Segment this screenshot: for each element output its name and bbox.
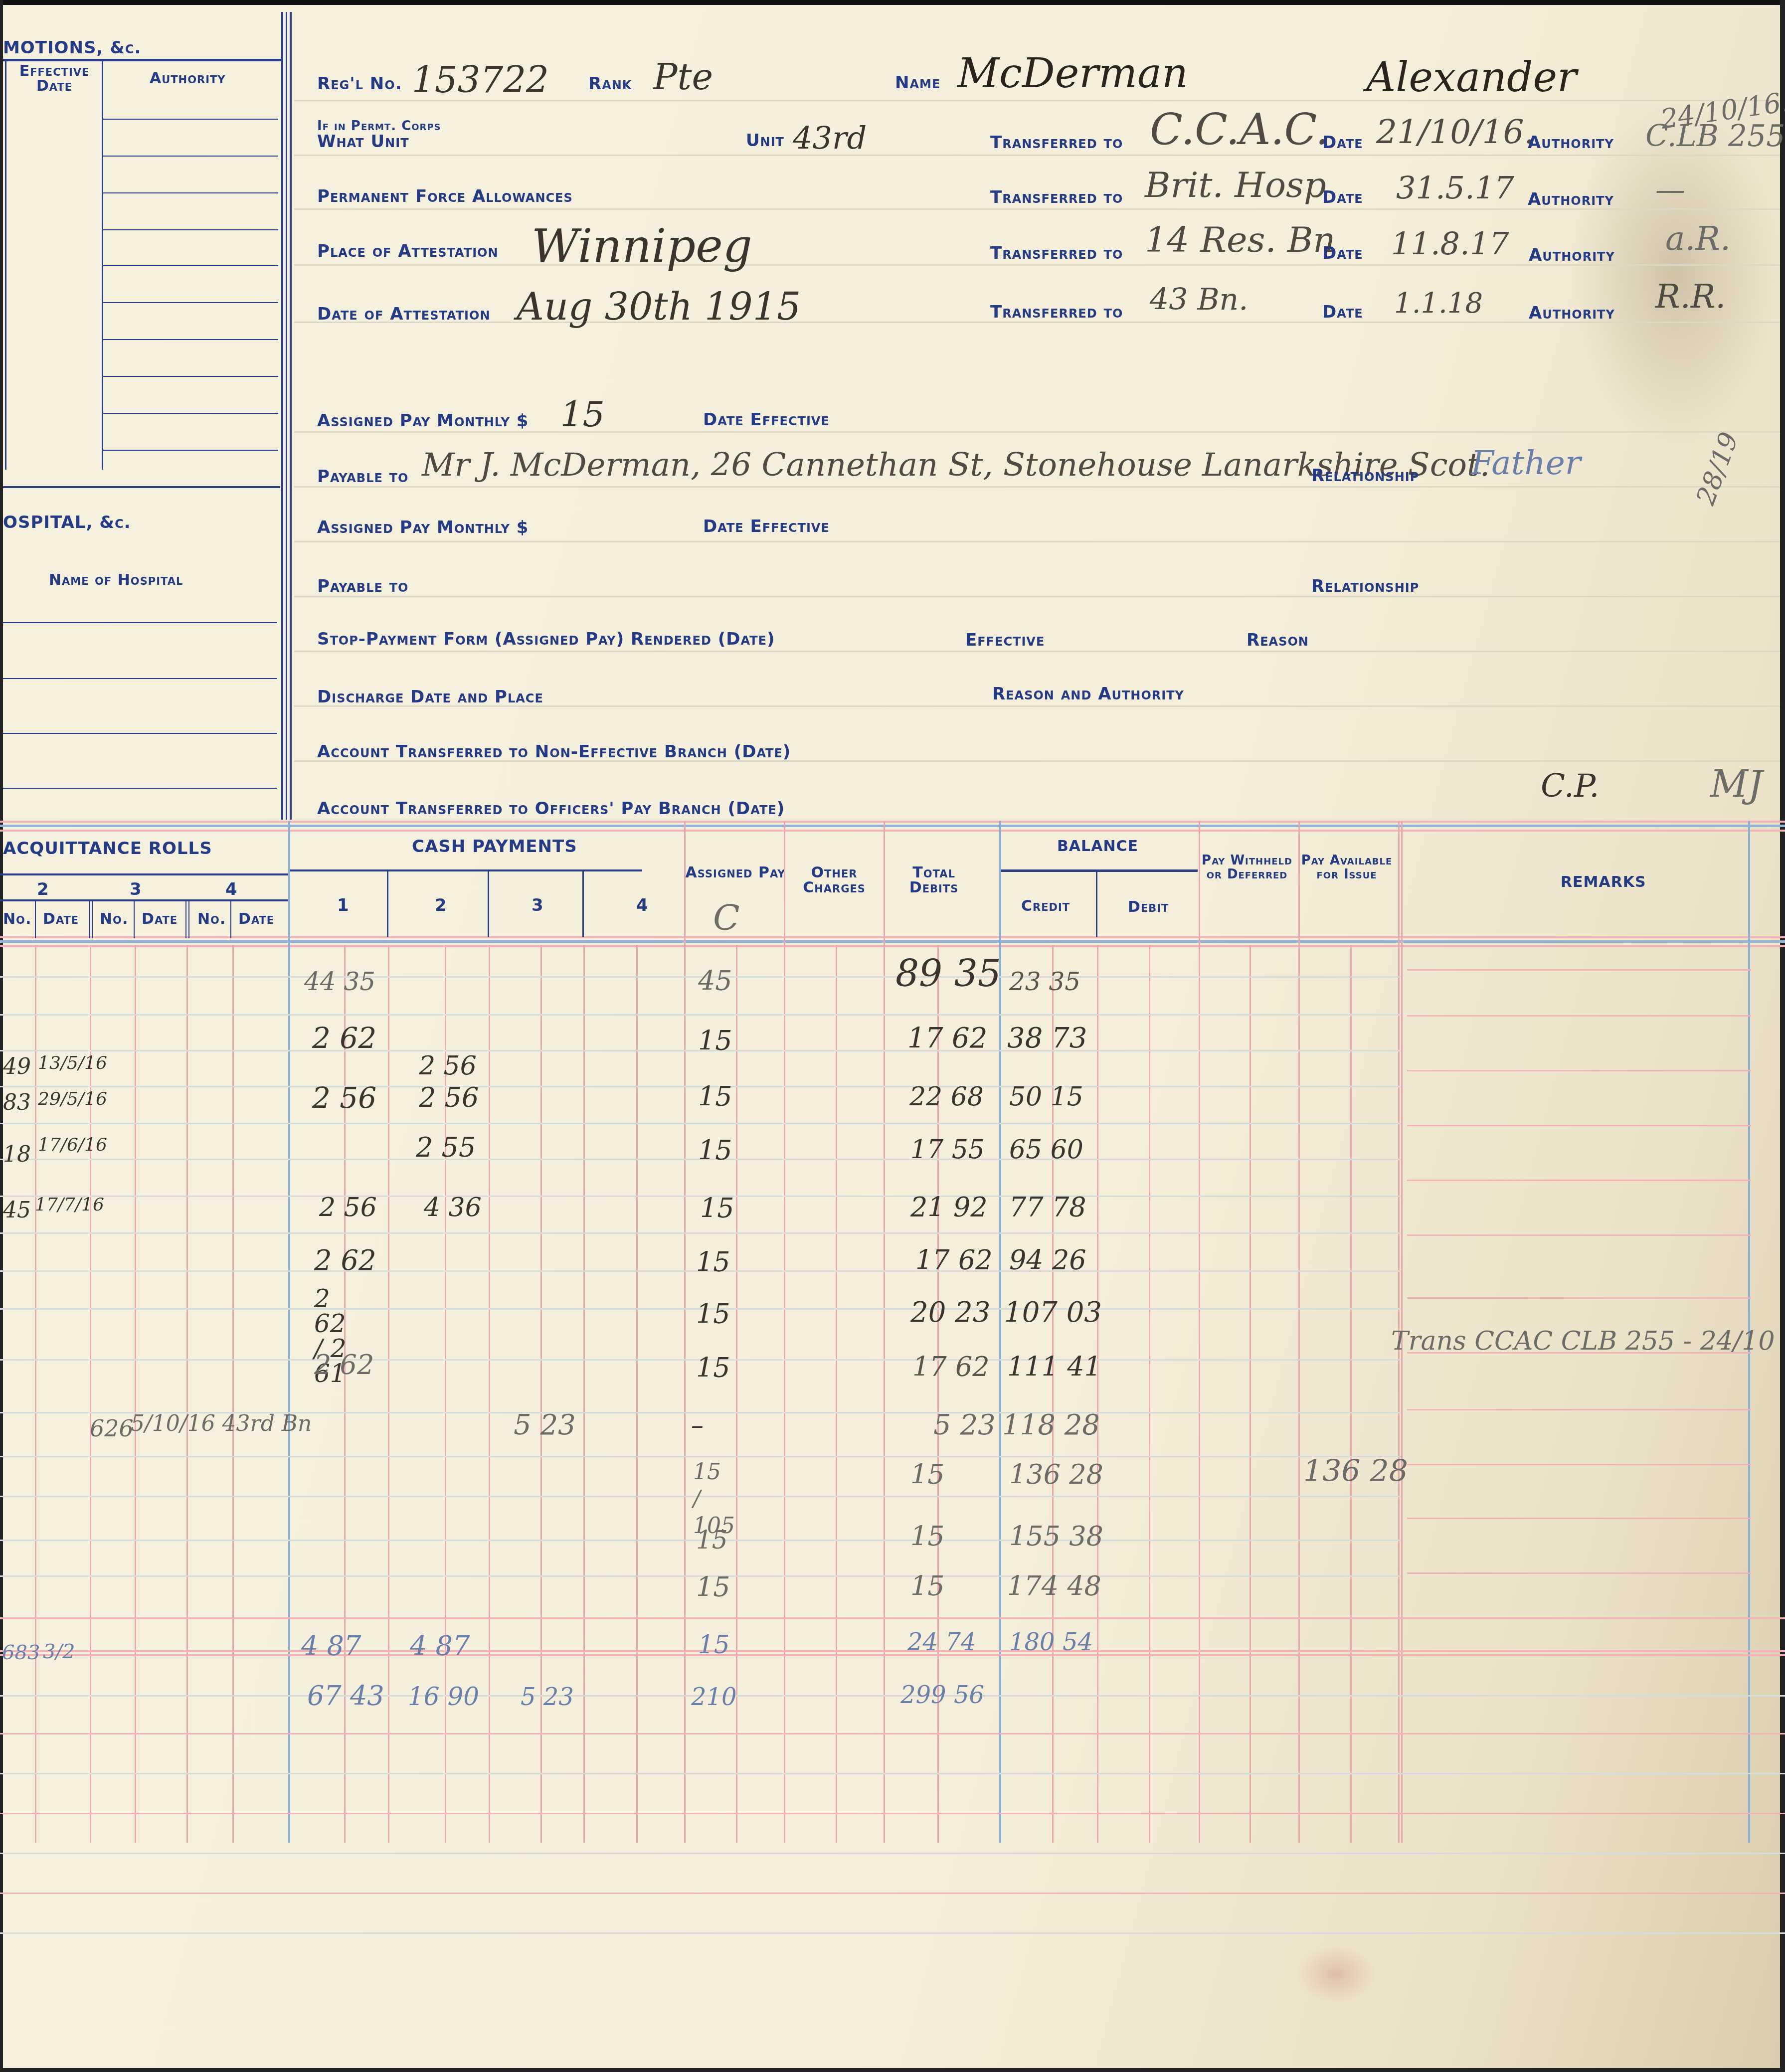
initials-mark: MJ <box>1710 763 1763 806</box>
rule <box>103 302 278 303</box>
rule <box>103 413 278 414</box>
acq-date-cell: 13/5/16 <box>38 1053 107 1073</box>
rule <box>3 678 277 679</box>
assigned-pay-monthly-label-2: Assigned Pay Monthly $ <box>317 518 529 537</box>
cash-2-cell: 2 55 <box>416 1132 476 1163</box>
transfer-date-value: 31.5.17 <box>1396 170 1514 206</box>
row-rule <box>0 1932 1785 1934</box>
total-cell: 17 62 <box>907 1022 987 1054</box>
divider <box>3 59 282 61</box>
permanent-force-label: Permanent Force Allowances <box>317 186 573 206</box>
assigned-cell: 15 <box>698 1135 732 1166</box>
divider <box>89 900 90 938</box>
surname-value: McDerman <box>957 50 1188 97</box>
cash-1-cell: 2 56 <box>312 1081 376 1115</box>
rule <box>3 733 277 734</box>
rule <box>294 596 1780 597</box>
divider <box>1000 869 1198 872</box>
acquittance-rolls-title: ACQUITTANCE ROLLS <box>3 839 212 859</box>
rule <box>294 431 1780 433</box>
initials-mark: C.P. <box>1541 768 1599 805</box>
row-rule <box>0 1853 1785 1854</box>
cash-1-cell: 2 62 <box>312 1021 376 1055</box>
column-rule <box>684 821 686 1843</box>
transferred-to-value: 14 Res. Bn <box>1145 219 1335 260</box>
cash-1-cell: 2 56 <box>319 1193 377 1222</box>
date-attestation-label: Date of Attestation <box>317 304 490 324</box>
ledger-rule <box>0 830 1785 832</box>
total-rule <box>0 1650 1785 1652</box>
column-rule <box>35 945 36 1843</box>
acq-date-header: Date <box>238 910 274 928</box>
acq-date-header: Date <box>142 910 178 928</box>
transfer-authority-label: Authority <box>1528 189 1614 209</box>
acq-no-cell: 626 <box>90 1415 134 1442</box>
credit-cell: 94 26 <box>1009 1244 1086 1276</box>
scan-border-bottom <box>0 2068 1785 2072</box>
relationship-value: Father <box>1471 444 1581 482</box>
assigned-cell: 15 <box>698 1630 730 1659</box>
acq-no-cell: 683 <box>2 1641 40 1664</box>
total-cell: 15 <box>910 1521 945 1552</box>
remarks-rule <box>1407 1234 1751 1236</box>
place-attestation-label: Place of Attestation <box>317 241 499 261</box>
column-rule <box>1097 945 1098 1843</box>
acquittance-group-4: 4 <box>225 879 238 899</box>
cash-col-2: 2 <box>435 895 447 915</box>
date-effective-label-2: Date Effective <box>703 517 830 536</box>
regl-no-value: 153722 <box>412 59 549 101</box>
divider <box>230 900 231 938</box>
transfer-authority-value: R.R. <box>1655 277 1726 316</box>
ledger-rule <box>0 825 1785 827</box>
cash-2-cell: 4 87 <box>410 1630 470 1662</box>
pay-available-cell: 136 28 <box>1303 1454 1408 1489</box>
assigned-cell: 15 <box>696 1298 730 1330</box>
rule <box>3 788 277 789</box>
pay-ledger-sheet: MOTIONS, &c. Effective Date Authority OS… <box>0 0 1785 2072</box>
divider <box>0 873 289 875</box>
total-cash-1: 67 43 <box>307 1680 384 1712</box>
paper-stain <box>1296 1944 1376 2004</box>
row-rule <box>0 1773 1785 1774</box>
name-label: Name <box>895 73 940 93</box>
total-rule <box>0 1617 1785 1619</box>
remarks-rule <box>1407 1070 1751 1071</box>
column-rule <box>1052 945 1054 1843</box>
place-attestation-value: Winnipeg <box>532 219 752 273</box>
credit-header: Credit <box>1021 897 1070 915</box>
acq-date-cell: 5/10/16 43rd Bn <box>131 1411 312 1436</box>
row-rule <box>0 1123 1401 1124</box>
cash-2-cell: 2 56 <box>419 1082 479 1113</box>
remarks-rule <box>1407 969 1751 971</box>
remarks-rule <box>1407 1125 1751 1126</box>
transfer-authority-value: C.LB 255 <box>1645 119 1785 154</box>
credit-cell: 118 28 <box>1002 1409 1100 1441</box>
acq-no-cell: 83 <box>3 1090 31 1115</box>
acq-date-cell: 3/2 <box>43 1640 75 1663</box>
promotions-section-title: MOTIONS, &c. <box>3 38 141 58</box>
cash-1-cell: 2 62 <box>314 1244 376 1277</box>
scan-border-left <box>0 0 3 2072</box>
row-rule <box>0 1232 1401 1234</box>
acq-date-header: Date <box>43 910 79 928</box>
date-effective-label: Date Effective <box>703 410 830 430</box>
divider <box>387 871 388 937</box>
divider <box>488 871 489 937</box>
cash-payments-title: CASH PAYMENTS <box>412 837 577 857</box>
total-cell: 15 <box>910 1570 945 1602</box>
column-rule <box>1149 945 1150 1843</box>
remarks-cell: Trans CCAC CLB 255 - 24/10 <box>1391 1326 1775 1356</box>
rule <box>103 229 278 230</box>
cash-3-cell: 5 23 <box>514 1409 576 1441</box>
divider <box>1096 871 1097 937</box>
column-rule <box>135 945 136 1843</box>
remarks-rule <box>1407 1409 1751 1410</box>
transferred-to-label: Transferred to <box>990 187 1123 207</box>
row-rule <box>0 1695 1785 1697</box>
column-rule <box>636 945 638 1843</box>
row-rule <box>0 1014 1401 1016</box>
column-rule <box>1249 945 1251 1843</box>
ledger-rule <box>0 821 1785 823</box>
acq-no-header: No. <box>100 910 128 928</box>
assigned-pay-mark: C <box>713 897 740 938</box>
ledger-rule <box>0 940 1785 943</box>
transfer-authority-value: — <box>1655 173 1685 207</box>
assigned-cell: 45 <box>698 965 732 997</box>
rule <box>103 156 278 157</box>
row-rule <box>0 1733 1785 1734</box>
rule <box>294 541 1780 542</box>
column-rule <box>90 945 91 1843</box>
assigned-cell: 15 <box>698 1081 732 1112</box>
total-cell: 15 <box>910 1459 945 1490</box>
assigned-pay-monthly-value: 15 <box>560 394 605 435</box>
credit-cell: 174 48 <box>1007 1570 1101 1602</box>
total-cell: 17 62 <box>912 1351 990 1382</box>
rule <box>294 486 1780 488</box>
cash-1-cell: 44 35 <box>304 967 375 996</box>
assigned-cell: – <box>691 1411 704 1440</box>
cash-col-3: 3 <box>532 895 544 915</box>
divider <box>3 486 280 488</box>
reason-label: Reason <box>1247 630 1309 650</box>
cash-2-cell: 2 56 <box>419 1051 477 1081</box>
total-cell: 17 62 <box>915 1244 993 1276</box>
cash-col-4: 4 <box>636 895 649 915</box>
regl-no-label: Reg'l No. <box>317 74 402 94</box>
column-rule <box>1199 821 1200 1843</box>
divider <box>5 61 6 470</box>
credit-cell: 23 35 <box>1009 967 1080 996</box>
ledger-rule <box>0 945 1785 947</box>
acquittance-group-3: 3 <box>130 879 142 899</box>
divider <box>0 899 289 901</box>
acq-no-cell: 18 <box>3 1142 31 1167</box>
total-cell: 21 92 <box>910 1192 988 1223</box>
credit-cell: 77 78 <box>1009 1192 1086 1223</box>
cash-1-cell: 4 87 <box>301 1630 361 1662</box>
column-rule <box>489 945 490 1843</box>
credit-cell: 180 54 <box>1009 1628 1093 1656</box>
divider <box>35 900 36 938</box>
balance-header: BALANCE <box>1057 838 1138 855</box>
assigned-cell: 15 <box>696 1526 728 1554</box>
acq-no-header: No. <box>3 910 31 928</box>
transfer-date-label: Date <box>1322 133 1363 153</box>
rank-value: Pte <box>653 56 713 98</box>
officers-pay-branch-label: Account Transferred to Officers' Pay Bra… <box>317 799 785 819</box>
authority-header: Authority <box>150 70 226 87</box>
credit-cell: 136 28 <box>1009 1459 1103 1490</box>
non-effective-branch-label: Account Transferred to Non-Effective Bra… <box>317 742 791 762</box>
acq-no-header: No. <box>197 910 226 928</box>
row-rule <box>0 1456 1401 1457</box>
column-rule <box>784 821 785 1843</box>
assigned-cell: 15 <box>696 1571 730 1603</box>
other-charges-header: Other Charges <box>787 865 882 895</box>
panel-divider <box>290 12 292 820</box>
transfer-date-label: Date <box>1322 302 1363 322</box>
total-cell: 22 68 <box>909 1082 984 1112</box>
relationship-label-2: Relationship <box>1311 576 1419 596</box>
column-rule <box>388 945 389 1843</box>
remarks-rule <box>1407 1180 1751 1181</box>
transfer-authority-value: a.R. <box>1665 219 1731 258</box>
hospital-section-title: OSPITAL, &c. <box>3 513 131 532</box>
remarks-rule <box>1407 1297 1751 1299</box>
acq-date-cell: 29/5/16 <box>38 1089 107 1109</box>
scan-border-top <box>0 0 1785 5</box>
column-rule <box>836 945 837 1843</box>
credit-cell: 107 03 <box>1004 1296 1102 1329</box>
divider <box>188 900 189 938</box>
transfer-authority-label: Authority <box>1529 303 1615 323</box>
rule <box>103 339 278 340</box>
assigned-cell: 15 <box>696 1352 730 1383</box>
acq-date-cell: 17/6/16 <box>38 1135 107 1155</box>
discharge-label: Discharge Date and Place <box>317 687 543 707</box>
date-attestation-value: Aug 30th 1915 <box>517 284 801 329</box>
rule <box>3 622 277 623</box>
row-rule <box>0 1893 1785 1894</box>
payable-to-label: Payable to <box>317 467 408 487</box>
credit-cell: 111 41 <box>1007 1351 1101 1382</box>
transfer-date-label: Date <box>1322 187 1363 207</box>
acq-date-cell: 17/7/16 <box>35 1195 104 1215</box>
transfer-date-value: 1.1.18 <box>1394 287 1483 320</box>
remarks-rule <box>1407 1464 1751 1465</box>
transferred-to-value: Brit. Hosp <box>1145 165 1326 205</box>
debit-header: Debit <box>1128 898 1169 916</box>
transferred-to-value: C.C.A.C. <box>1150 105 1329 155</box>
transferred-to-label: Transferred to <box>990 243 1123 263</box>
total-cell: 89 35 <box>895 952 1001 995</box>
total-debits-header: Total Debits <box>887 865 981 895</box>
credit-cell: 38 73 <box>1007 1022 1087 1054</box>
rule <box>294 651 1780 652</box>
divider <box>289 869 642 871</box>
total-cell: 24 74 <box>907 1628 976 1656</box>
stop-payment-label: Stop-Payment Form (Assigned Pay) Rendere… <box>317 629 775 649</box>
relationship-label: Relationship <box>1311 466 1419 486</box>
remarks-rule <box>1407 1518 1751 1519</box>
rule <box>103 119 278 120</box>
panel-divider <box>281 12 283 820</box>
total-cash-2: 16 90 <box>408 1682 479 1711</box>
assigned-pay-header: Assigned Pay <box>683 865 788 880</box>
assigned-pay-monthly-label: Assigned Pay Monthly $ <box>317 411 529 431</box>
rule <box>103 376 278 377</box>
hospital-name-header: Name of Hospital <box>49 571 183 589</box>
transferred-to-label: Transferred to <box>990 302 1123 322</box>
column-rule <box>186 945 188 1843</box>
column-rule <box>884 821 885 1843</box>
rule <box>103 265 278 266</box>
total-cell: 17 55 <box>910 1135 985 1165</box>
divider <box>92 900 93 938</box>
assigned-cell: 15 <box>696 1246 730 1278</box>
panel-divider <box>286 12 287 820</box>
column-rule <box>1298 821 1300 1843</box>
divider <box>185 900 186 938</box>
total-rule <box>0 1654 1785 1656</box>
total-cell: 20 23 <box>910 1296 990 1329</box>
transfer-date-label: Date <box>1322 243 1363 263</box>
rank-label: Rank <box>588 74 632 94</box>
acquittance-group-2: 2 <box>37 879 49 899</box>
given-name-value: Alexander <box>1366 54 1577 101</box>
transfer-authority-label: Authority <box>1529 245 1615 265</box>
cash-2-cell: 4 36 <box>424 1193 482 1222</box>
credit-cell: 65 60 <box>1009 1135 1083 1165</box>
effective-date-header: Effective Date <box>7 64 102 94</box>
ledger-rule <box>0 936 1785 938</box>
acq-no-cell: 45 <box>3 1198 31 1223</box>
transferred-to-value: 43 Bn. <box>1150 282 1248 317</box>
transfer-date-value: 11.8.17 <box>1391 225 1509 262</box>
credit-cell: 155 38 <box>1009 1521 1103 1552</box>
unit-value: 43rd <box>793 120 867 156</box>
transferred-to-label: Transferred to <box>990 133 1123 153</box>
reason-authority-label: Reason and Authority <box>992 684 1184 704</box>
rule <box>294 155 1780 156</box>
assigned-cell: 15 <box>700 1193 734 1224</box>
cash-1-cell: 2 62 <box>314 1349 374 1381</box>
total-cash-3: 5 23 <box>521 1683 574 1711</box>
remarks-rule <box>1407 1572 1751 1574</box>
rule <box>103 450 278 451</box>
what-unit-label: What Unit <box>317 132 409 152</box>
divider <box>582 871 584 937</box>
assigned-cell: 15 <box>698 1025 732 1056</box>
remarks-header: REMARKS <box>1561 873 1646 891</box>
column-rule <box>583 945 585 1843</box>
total-cell: 5 23 <box>933 1409 996 1441</box>
remarks-rule <box>1407 1015 1751 1017</box>
row-rule <box>0 1813 1785 1814</box>
divider <box>134 900 135 938</box>
rule <box>103 192 278 193</box>
payable-to-label-2: Payable to <box>317 576 408 596</box>
transfer-authority-label: Authority <box>1528 133 1614 153</box>
unit-label: Unit <box>746 131 784 151</box>
column-rule <box>1350 945 1352 1843</box>
column-rule <box>232 945 234 1843</box>
transfer-date-value: 21/10/16. <box>1376 113 1534 151</box>
credit-cell: 50 15 <box>1009 1082 1083 1112</box>
total-assigned: 210 <box>691 1683 737 1711</box>
pay-withheld-header: Pay Withheld or Deferred <box>1201 854 1293 881</box>
scan-border-right <box>1780 0 1785 2072</box>
cash-col-1: 1 <box>337 895 350 915</box>
effective-label: Effective <box>965 630 1045 650</box>
acq-no-cell: 49 <box>3 1054 31 1079</box>
total-debits-sum: 299 56 <box>900 1681 984 1709</box>
pay-available-header: Pay Available for Issue <box>1300 854 1393 881</box>
column-rule <box>288 821 290 1843</box>
